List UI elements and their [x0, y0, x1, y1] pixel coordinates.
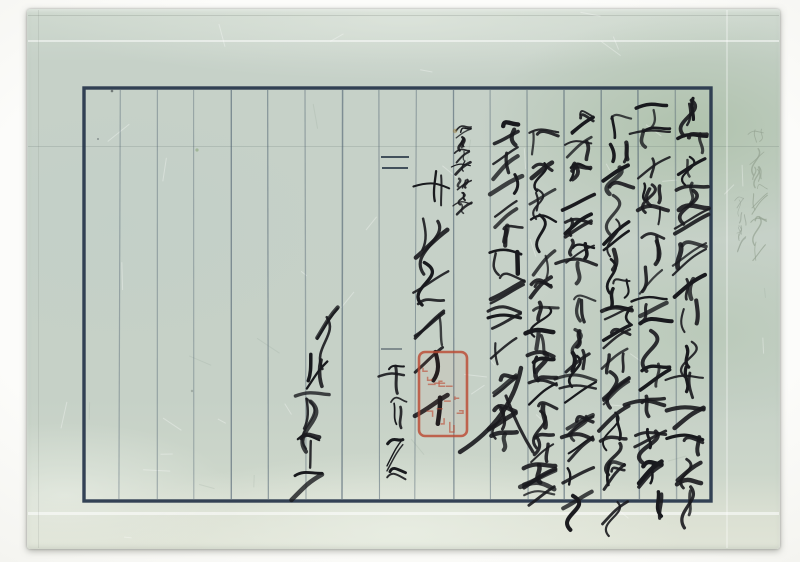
- brush-stroke: [537, 215, 546, 252]
- paper-fiber: [411, 439, 424, 455]
- brush-stroke: [753, 194, 755, 210]
- brush-stroke: [678, 135, 707, 139]
- brush-stroke: [422, 219, 425, 250]
- brush-stroke: [603, 502, 628, 524]
- paper-fiber: [219, 24, 225, 47]
- calligraphy-column: [451, 126, 471, 214]
- column-rule-line: [379, 90, 380, 499]
- brush-stroke: [534, 307, 559, 310]
- brush-stroke: [524, 491, 554, 495]
- paper-fiber: [524, 148, 525, 169]
- foxing-speck: [191, 390, 193, 392]
- brush-stroke: [505, 230, 506, 246]
- brush-stroke: [308, 354, 311, 380]
- calligraphy-column: [748, 129, 767, 260]
- brush-stroke: [434, 171, 436, 201]
- brush-stroke: [643, 267, 647, 291]
- brush-stroke: [390, 468, 406, 472]
- brush-stroke: [569, 438, 593, 461]
- brush-stroke: [740, 213, 742, 223]
- manuscript-artwork: [0, 0, 800, 562]
- paper-fiber: [108, 124, 130, 141]
- brush-stroke: [573, 353, 575, 371]
- brush-stroke: [570, 240, 573, 255]
- paper-fiber: [313, 104, 317, 129]
- paper-fiber: [163, 158, 167, 182]
- brush-stroke: [530, 189, 555, 204]
- column-rule-line: [527, 90, 528, 499]
- brush-stroke: [503, 122, 518, 126]
- paper-fiber: [742, 165, 743, 187]
- paper-fiber: [724, 185, 734, 195]
- paper-fiber: [662, 180, 677, 181]
- column-rule-line: [415, 90, 417, 499]
- brush-stroke: [611, 115, 631, 119]
- brush-stroke: [744, 215, 746, 225]
- brush-stroke: [456, 129, 471, 138]
- paper-fiber: [606, 164, 610, 170]
- brush-stroke: [692, 98, 694, 119]
- paper-fiber: [122, 262, 123, 290]
- brush-stroke: [528, 352, 554, 356]
- brush-stroke: [568, 468, 571, 484]
- foxing-speck: [453, 129, 457, 133]
- paper-fiber: [143, 470, 170, 471]
- paper-fiber: [61, 402, 67, 428]
- paper-fiber: [124, 537, 132, 538]
- brush-stroke: [491, 285, 524, 304]
- brush-stroke: [642, 234, 664, 239]
- brush-stroke: [651, 110, 655, 128]
- brush-stroke: [396, 366, 398, 393]
- brush-stroke: [607, 355, 610, 373]
- column-rule-line: [342, 90, 343, 499]
- brush-stroke: [641, 130, 645, 147]
- brush-stroke: [577, 263, 580, 284]
- brush-stroke: [610, 183, 634, 188]
- brush-stroke: [488, 307, 520, 312]
- calligraphy-column: [488, 122, 524, 450]
- brush-stroke: [611, 289, 613, 307]
- brush-stroke: [675, 408, 704, 428]
- brush-stroke: [625, 280, 629, 298]
- brush-stroke: [451, 164, 470, 167]
- brush-stroke: [601, 437, 626, 441]
- brush-stroke: [512, 130, 516, 146]
- calligraphy-column: [520, 129, 558, 505]
- brush-stroke: [685, 367, 688, 392]
- brush-stroke: [391, 398, 407, 402]
- brush-stroke: [319, 360, 321, 386]
- vermilion-seal-stamp: [419, 352, 467, 436]
- brush-stroke: [678, 463, 701, 481]
- brush-stroke: [681, 342, 697, 377]
- paper-fiber: [330, 34, 343, 42]
- brush-stroke: [439, 316, 442, 345]
- calligraphy-column: [379, 366, 407, 479]
- calligraphy-column: [599, 115, 633, 536]
- brush-stroke: [750, 152, 764, 164]
- brush-stroke: [753, 217, 761, 245]
- paper-fiber: [580, 12, 600, 16]
- paper-fiber: [763, 338, 764, 354]
- paper-fiber: [163, 418, 181, 430]
- brush-stroke: [656, 241, 660, 264]
- brush-stroke: [686, 346, 689, 367]
- brush-stroke: [292, 475, 323, 501]
- brush-stroke: [310, 441, 311, 468]
- brush-stroke: [630, 131, 670, 134]
- brush-stroke: [555, 375, 596, 381]
- brush-stroke: [387, 445, 403, 471]
- brush-stroke: [752, 195, 767, 214]
- brush-stroke: [463, 151, 464, 160]
- brush-stroke: [609, 462, 624, 465]
- brush-stroke: [517, 252, 518, 274]
- brush-stroke: [632, 297, 667, 301]
- brush-stroke: [638, 206, 668, 210]
- paper-fiber: [630, 354, 642, 363]
- brush-stroke: [532, 132, 534, 154]
- brush-stroke: [760, 129, 763, 141]
- brush-stroke: [612, 117, 615, 138]
- brush-stroke: [413, 183, 449, 188]
- brush-stroke: [677, 480, 701, 484]
- brush-stroke: [491, 281, 524, 299]
- brush-stroke: [577, 299, 581, 321]
- column-rule-line: [119, 90, 120, 499]
- brush-stroke: [458, 179, 460, 187]
- brush-stroke: [379, 373, 404, 376]
- paper-fiber: [285, 404, 292, 415]
- brush-stroke: [696, 301, 698, 324]
- calligraphy-column: [292, 307, 338, 500]
- paper-fiber: [491, 360, 495, 365]
- brush-stroke: [387, 474, 405, 480]
- paper-fiber: [218, 419, 226, 423]
- brush-stroke: [533, 251, 554, 275]
- brush-stroke: [537, 465, 540, 483]
- paper-fiber: [764, 288, 765, 298]
- brush-stroke: [400, 407, 401, 428]
- brush-stroke: [611, 145, 615, 162]
- brush-stroke: [500, 274, 524, 281]
- calligraphy-column: [735, 197, 746, 252]
- brush-stroke: [640, 319, 671, 323]
- brush-stroke: [677, 245, 681, 269]
- brush-stroke: [295, 393, 329, 396]
- brush-stroke: [659, 186, 660, 203]
- foxing-speck: [97, 138, 99, 140]
- brush-stroke: [636, 104, 666, 108]
- brush-stroke: [301, 435, 319, 438]
- brush-stroke: [504, 434, 506, 450]
- brush-stroke: [538, 303, 541, 320]
- brush-stroke: [681, 309, 684, 332]
- brush-stroke: [678, 159, 705, 175]
- photo-backdrop: [0, 0, 800, 562]
- brush-stroke: [563, 194, 595, 210]
- brush-stroke: [658, 208, 660, 224]
- paper-fiber: [189, 356, 211, 365]
- paper-fiber: [614, 506, 629, 519]
- brush-stroke: [679, 205, 709, 210]
- brush-stroke: [536, 331, 538, 349]
- brush-stroke: [752, 193, 767, 208]
- column-rule-line: [268, 90, 269, 499]
- brush-stroke: [573, 245, 594, 248]
- brush-stroke: [738, 200, 741, 216]
- brush-stroke: [488, 315, 520, 318]
- paper-fiber: [530, 239, 536, 257]
- brush-stroke: [758, 184, 768, 189]
- foxing-speck: [111, 90, 114, 93]
- paper-fiber: [471, 385, 484, 394]
- paper-fiber: [420, 70, 432, 72]
- calligraphy-column: [666, 98, 709, 528]
- calligraphy-column: [555, 111, 597, 530]
- paper-fiber: [199, 484, 214, 488]
- brush-stroke: [602, 307, 632, 311]
- brush-stroke: [416, 230, 447, 258]
- paper-fiber: [366, 217, 377, 230]
- brush-stroke: [494, 253, 499, 275]
- foxing-speck: [195, 148, 198, 151]
- brush-stroke: [623, 354, 624, 372]
- paper-fiber: [613, 37, 618, 50]
- brush-stroke: [586, 142, 588, 160]
- brush-stroke: [394, 403, 396, 424]
- brush-stroke: [582, 300, 585, 322]
